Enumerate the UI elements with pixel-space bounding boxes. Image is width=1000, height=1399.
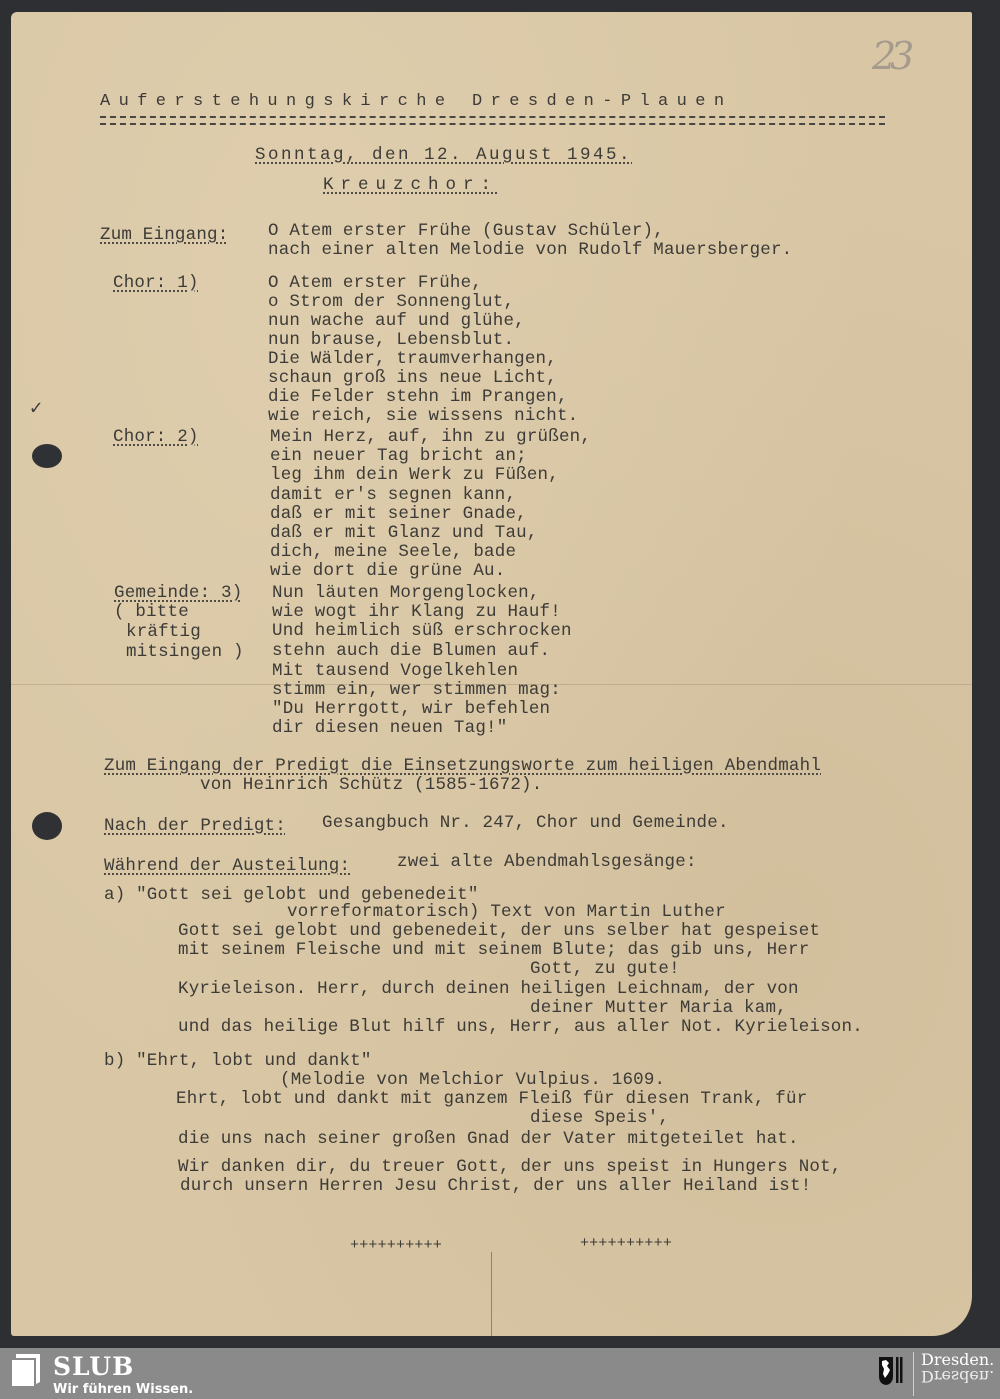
ink-blot [32,444,62,468]
verse3-line: wie wogt ihr Klang zu Hauf! [272,603,561,623]
song-a-line: deiner Mutter Maria kam, [530,999,787,1019]
song-a-line: Gott sei gelobt und gebenedeit, der uns … [178,922,820,942]
verse1-line: nun brause, Lebensblut. [268,331,514,351]
song-a-source: vorreformatorisch) Text von Martin Luthe… [287,903,726,923]
dresden-crest-icon [878,1356,904,1386]
song-b-line: diese Speis', [530,1109,669,1129]
dresden-wordmark-mirror: Dresden. [921,1368,994,1384]
entrance-label: Zum Eingang: [100,226,228,246]
closing-ornament-right: ++++++++++ [580,1234,672,1254]
verse3-line: stimm ein, wer stimmen mag: [272,681,561,701]
verse2-line: dich, meine Seele, bade [270,543,516,563]
verse3-note: kräftig [126,623,201,643]
verse3-line: stehn auch die Blumen auf. [272,642,550,662]
verse2-line: wie dort die grüne Au. [270,562,505,582]
verse2-line: Mein Herz, auf, ihn zu grüßen, [270,428,591,448]
verse1-line: schaun groß ins neue Licht, [268,369,557,389]
choir-name: Kreuzchor: [323,176,498,196]
closing-ornament-left: ++++++++++ [350,1236,442,1256]
verse3-label: Gemeinde: 3) [114,584,242,604]
distribution-text: zwei alte Abendmahlsgesänge: [397,853,697,873]
verse1-line: nun wache auf und glühe, [268,312,525,332]
verse1-line: O Atem erster Frühe, [268,274,482,294]
verse2-label: Chor: 2) [113,428,199,448]
ink-blot [32,812,62,840]
sermon-intro-line-2: von Heinrich Schütz (1585-1672). [200,776,542,796]
after-sermon-text: Gesangbuch Nr. 247, Chor und Gemeinde. [322,814,729,834]
song-b-line: die uns nach seiner großen Gnad der Vate… [178,1130,799,1150]
verse3-line: Und heimlich süß erschrocken [272,622,572,642]
verse3-line: dir diesen neuen Tag!" [272,719,507,739]
verse2-line: daß er mit Glanz und Tau, [270,524,538,544]
service-date: Sonntag, den 12. August 1945. [255,146,632,166]
after-sermon-label: Nach der Predigt: [104,817,286,837]
slub-logo-icon [12,1354,40,1386]
footer-bar: SLUB Wir führen Wissen. Dresden. Dresden… [0,1348,1000,1399]
verse2-line: daß er mit seiner Gnade, [270,505,527,525]
verse1-line: die Felder stehn im Prangen, [268,388,568,408]
footer-separator [913,1352,914,1396]
verse1-line: o Strom der Sonnenglut, [268,293,514,313]
verse1-line: Die Wälder, traumverhangen, [268,350,557,370]
dresden-wordmark: Dresden. [921,1352,994,1368]
verse1-label: Chor: 1) [113,274,199,294]
title-double-underline [100,116,885,125]
verse2-line: damit er's segnen kann, [270,486,516,506]
distribution-label: Während der Austeilung: [104,857,350,877]
verse3-line: Nun läuten Morgenglocken, [272,584,540,604]
slub-tagline: Wir führen Wissen. [53,1382,193,1397]
verse2-line: ein neuer Tag bricht an; [270,447,527,467]
verse2-line: leg ihm dein Werk zu Füßen, [270,466,559,486]
slub-name: SLUB [53,1352,134,1381]
verse1-line: wie reich, sie wissens nicht. [268,407,578,427]
paper-tear [491,1252,492,1336]
song-a-line: Gott, zu gute! [530,960,680,980]
entrance-line-2: nach einer alten Melodie von Rudolf Maue… [268,241,792,261]
song-a-line: mit seinem Fleische und mit seinem Blute… [178,941,809,961]
sermon-intro-line-1: Zum Eingang der Predigt die Einsetzungsw… [104,757,821,777]
song-a-line: Kyrieleison. Herr, durch deinen heiligen… [178,980,799,1000]
verse3-line: Mit tausend Vogelkehlen [272,662,518,682]
church-title: Auferstehungskirche Dresden-Plauen [100,92,732,112]
song-b-source: (Melodie von Melchior Vulpius. 1609. [280,1071,665,1091]
entrance-line-1: O Atem erster Frühe (Gustav Schüler), [268,222,664,242]
song-b-title: b) "Ehrt, lobt und dankt" [104,1052,372,1072]
verse3-note: ( bitte [114,603,189,623]
check-mark-icon: ✓ [30,400,42,420]
verse3-note: mitsingen ) [126,643,244,663]
page-number: 23 [872,34,908,78]
song-b-line: Ehrt, lobt und dankt mit ganzem Fleiß fü… [176,1090,807,1110]
verse3-line: "Du Herrgott, wir befehlen [272,700,550,720]
song-a-line: und das heilige Blut hilf uns, Herr, aus… [178,1018,863,1038]
song-b-line: Wir danken dir, du treuer Gott, der uns … [178,1158,842,1178]
song-b-line: durch unsern Herren Jesu Christ, der uns… [180,1177,811,1197]
